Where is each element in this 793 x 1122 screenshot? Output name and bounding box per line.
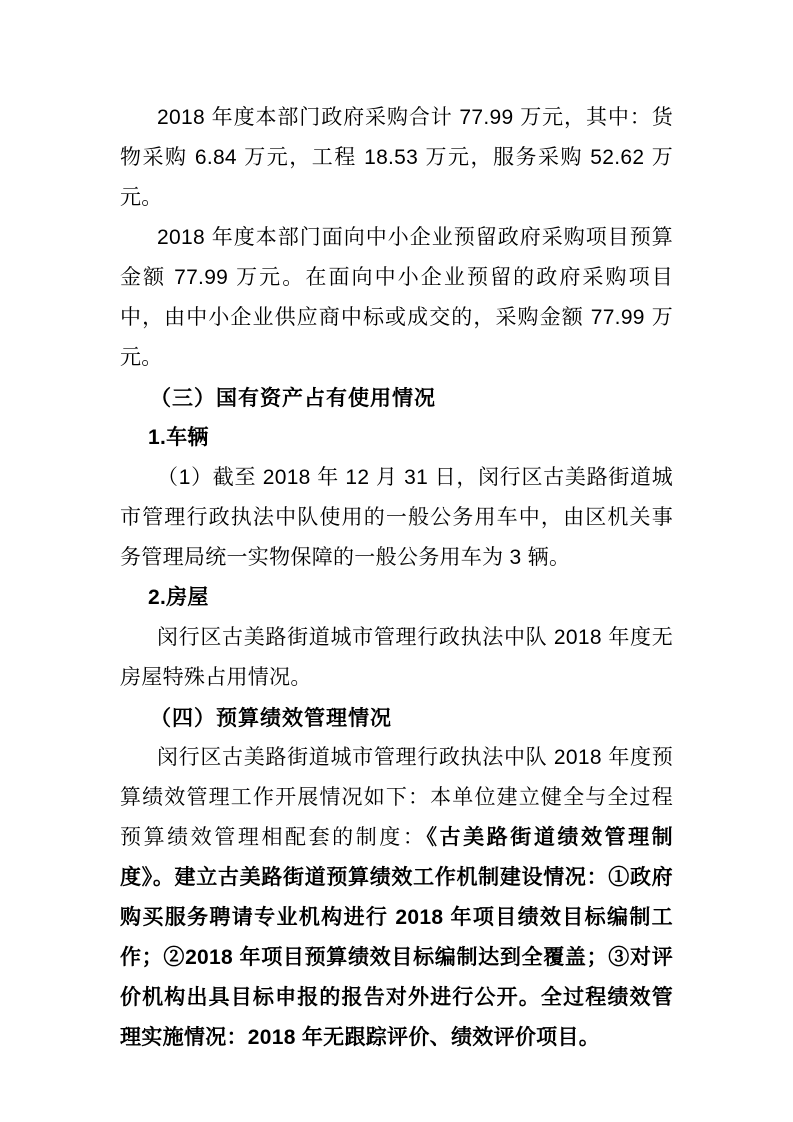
document-page: 2018 年度本部门政府采购合计 77.99 万元，其中：货物采购 6.84 万…: [0, 0, 793, 1122]
document-body: 2018 年度本部门政府采购合计 77.99 万元，其中：货物采购 6.84 万…: [120, 98, 673, 1058]
text-run: 2018 年度本部门政府采购合计 77.99 万元，其中：货物采购 6.84 万…: [120, 106, 673, 209]
text-run: 《古美路街道绩效管理制度》。建立古美路街道预算绩效工作机制建设情况：①政府购买服…: [120, 826, 673, 1049]
heading-1-vehicles: 1.车辆: [120, 418, 673, 458]
heading-section-4-performance: （四）预算绩效管理情况: [120, 698, 673, 738]
paragraph-housing-detail: 闵行区古美路街道城市管理行政执法中队 2018 年度无房屋特殊占用情况。: [120, 618, 673, 698]
heading-section-3-state-assets: （三）国有资产占有使用情况: [120, 378, 673, 418]
text-run: 1.车辆: [148, 426, 209, 449]
paragraph-procurement-total: 2018 年度本部门政府采购合计 77.99 万元，其中：货物采购 6.84 万…: [120, 98, 673, 218]
text-run: 闵行区古美路街道城市管理行政执法中队 2018 年度无房屋特殊占用情况。: [120, 626, 673, 689]
text-run: （1）截至 2018 年 12 月 31 日，闵行区古美路街道城市管理行政执法中…: [120, 466, 673, 569]
text-run: 2018 年度本部门面向中小企业预留政府采购项目预算金额 77.99 万元。在面…: [120, 226, 673, 369]
text-run: （三）国有资产占有使用情况: [150, 386, 436, 410]
paragraph-performance-detail: 闵行区古美路街道城市管理行政执法中队 2018 年度预算绩效管理工作开展情况如下…: [120, 738, 673, 1058]
paragraph-vehicles-detail: （1）截至 2018 年 12 月 31 日，闵行区古美路街道城市管理行政执法中…: [120, 458, 673, 578]
text-run: （四）预算绩效管理情况: [150, 706, 392, 730]
text-run: 2.房屋: [148, 586, 209, 609]
heading-2-housing: 2.房屋: [120, 578, 673, 618]
paragraph-sme-procurement: 2018 年度本部门面向中小企业预留政府采购项目预算金额 77.99 万元。在面…: [120, 218, 673, 378]
